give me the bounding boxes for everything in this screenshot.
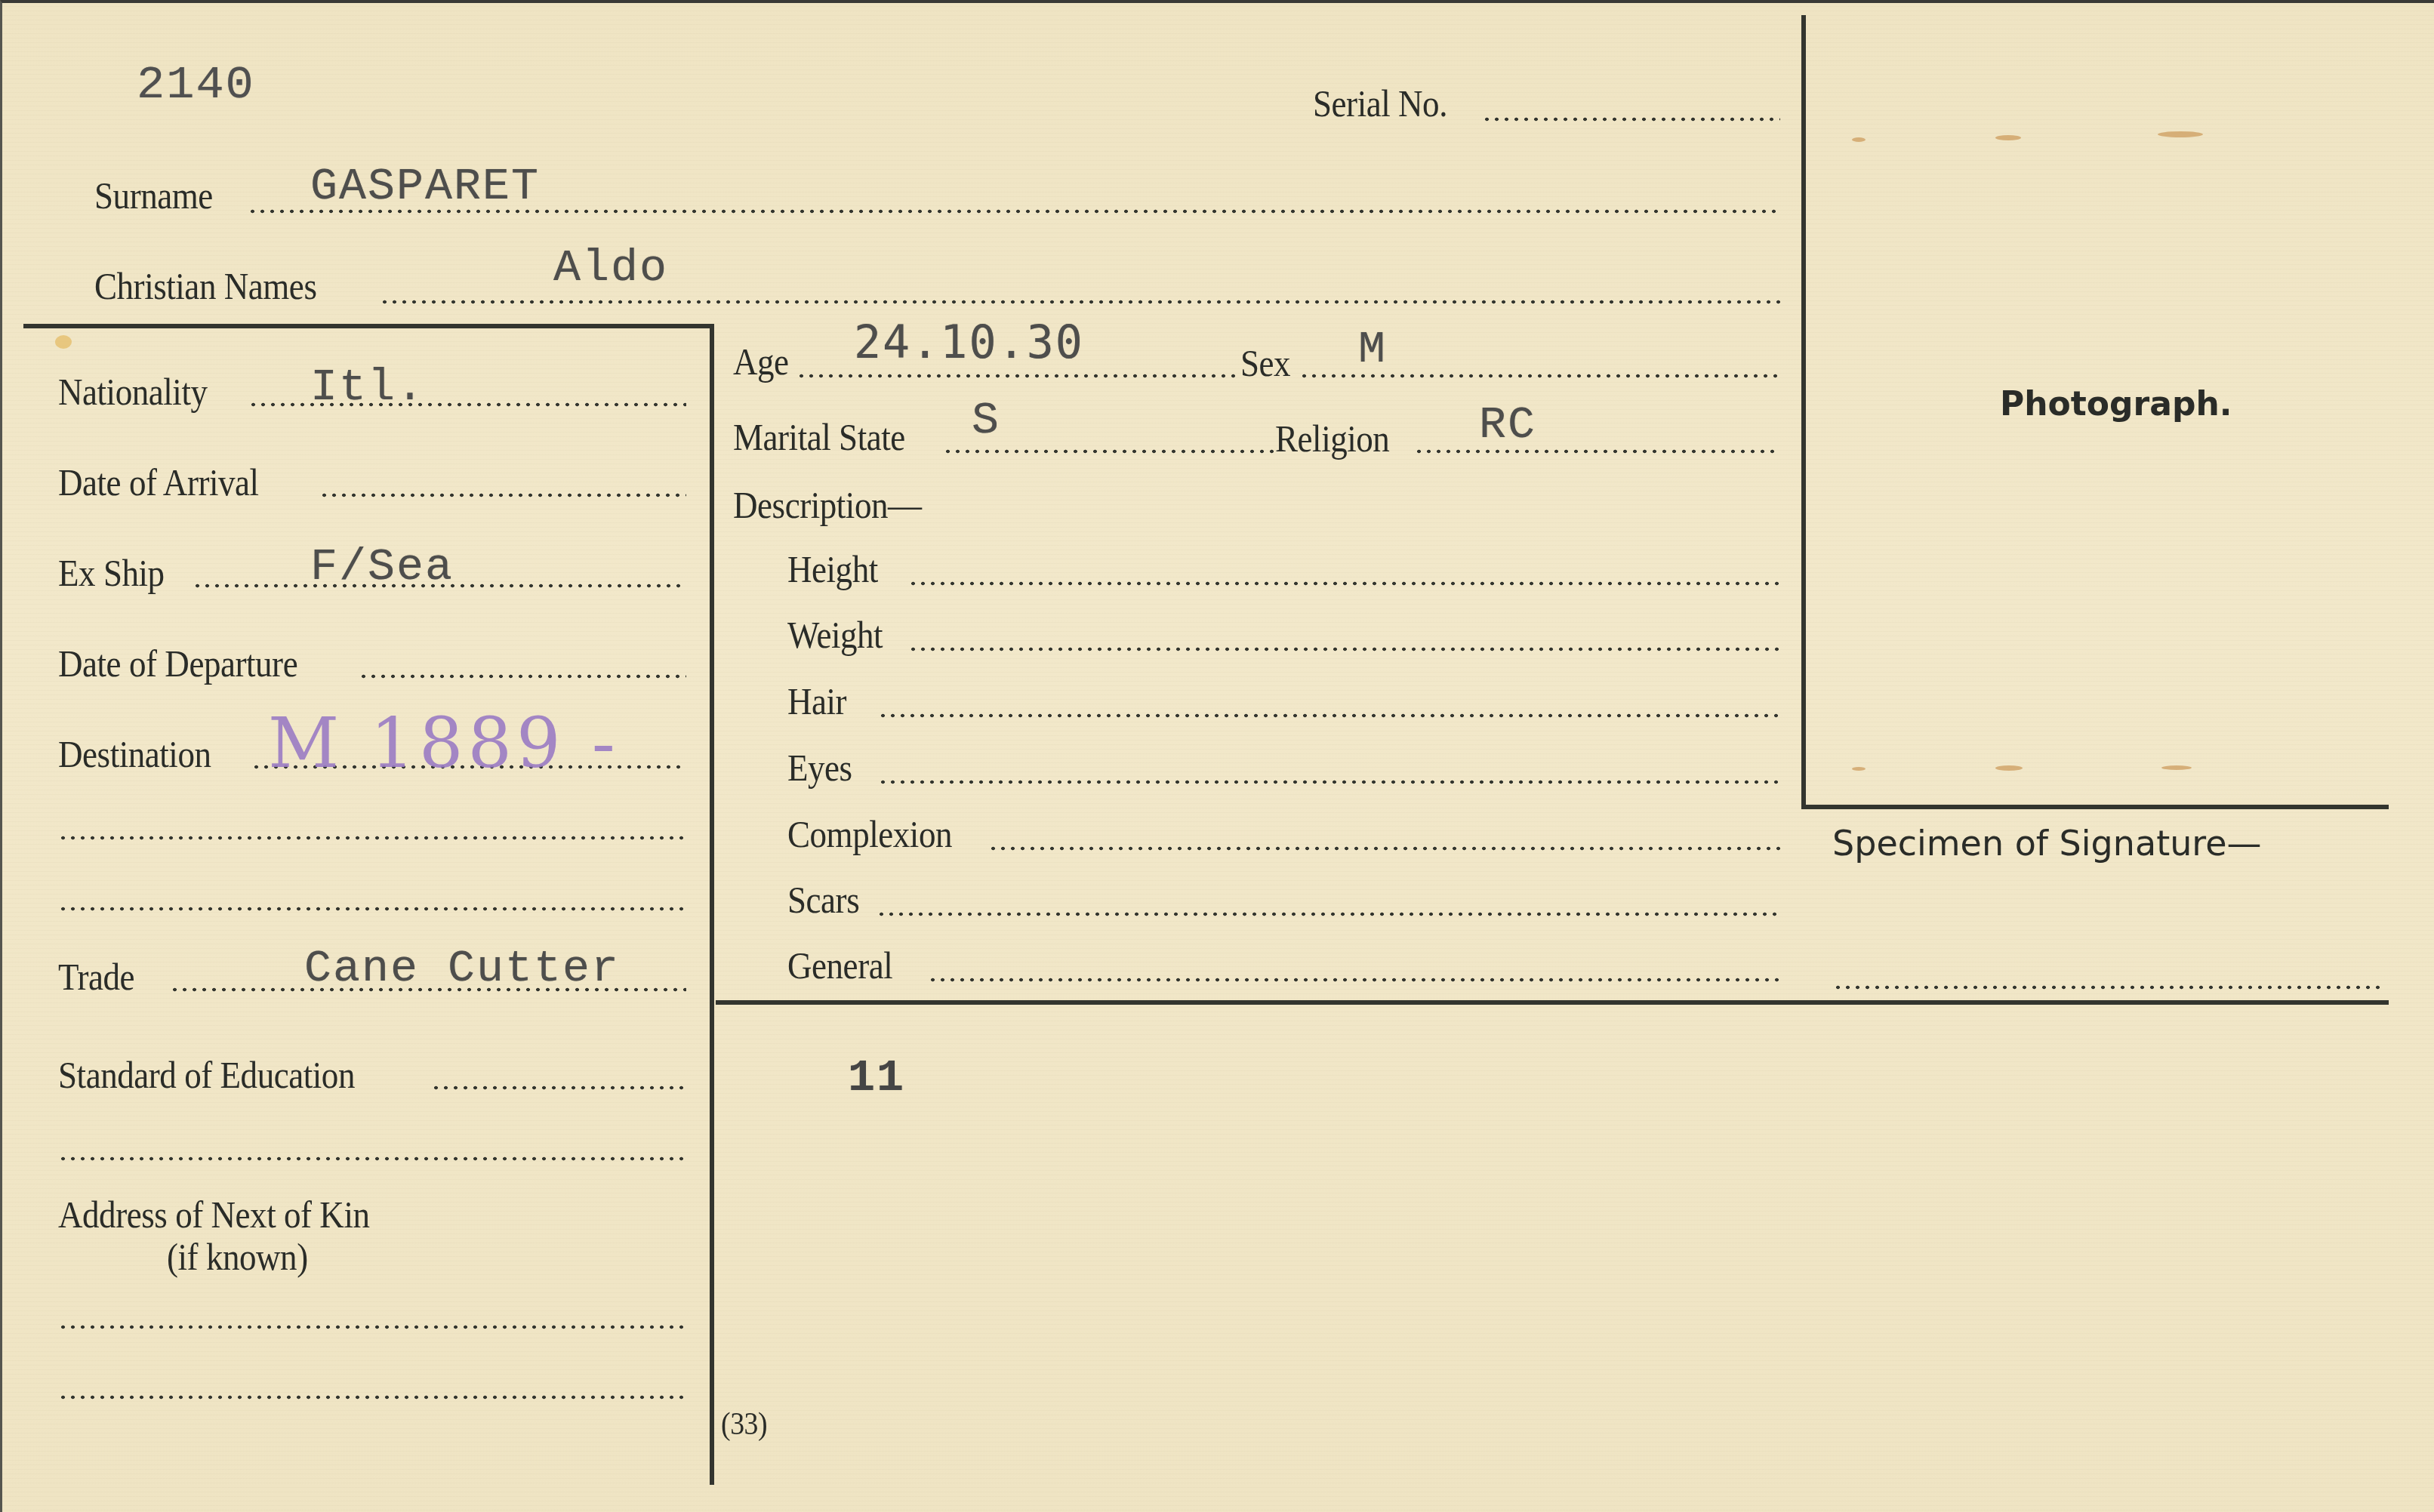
photo-corner-mark <box>1995 765 2023 771</box>
age-field[interactable] <box>796 373 1239 379</box>
christian-names-label: Christian Names <box>94 267 316 305</box>
religion-value: RC <box>1479 403 1536 448</box>
height-field[interactable] <box>908 580 1780 587</box>
hair-field[interactable] <box>878 713 1780 719</box>
photo-box-left-rule <box>1801 15 1806 808</box>
weight-label: Weight <box>787 616 883 654</box>
date-of-departure-label: Date of Departure <box>58 645 297 682</box>
standard-of-education-label: Standard of Education <box>58 1056 355 1094</box>
ex-ship-value: F/Sea <box>310 545 454 590</box>
nationality-value: Itl. <box>310 365 425 411</box>
christian-names-value: Aldo <box>553 246 668 291</box>
ex-ship-label: Ex Ship <box>58 554 165 592</box>
photo-corner-mark <box>2161 765 2192 770</box>
registration-card: 2140 Serial No. Surname GASPARET Christi… <box>0 0 2434 1512</box>
general-field[interactable] <box>928 977 1780 983</box>
destination-stamp: M 1889 - <box>268 709 620 778</box>
left-panel-right-rule <box>710 324 714 1485</box>
left-panel-top-rule <box>23 324 714 328</box>
destination-extra-line-1[interactable] <box>58 835 686 841</box>
religion-label: Religion <box>1275 420 1389 457</box>
serial-no-label: Serial No. <box>1313 85 1447 122</box>
record-number: 2140 <box>137 62 255 109</box>
age-value: 24.10.30 <box>854 320 1084 365</box>
form-number: (33) <box>721 1409 767 1440</box>
photo-corner-mark <box>1995 135 2021 140</box>
general-label: General <box>787 947 892 984</box>
scars-label: Scars <box>787 881 859 919</box>
education-extra-line[interactable] <box>58 1156 686 1162</box>
height-label: Height <box>787 550 878 588</box>
scars-field[interactable] <box>877 911 1780 917</box>
photo-corner-mark <box>2158 131 2203 137</box>
signature-field[interactable] <box>1833 984 2384 990</box>
standard-of-education-field[interactable] <box>431 1085 686 1091</box>
description-bottom-rule <box>716 1000 2389 1005</box>
trade-label: Trade <box>58 958 134 996</box>
photo-box-bottom-rule <box>1801 805 2389 809</box>
marital-state-label: Marital State <box>733 418 905 456</box>
next-of-kin-label: Address of Next of Kin <box>58 1196 370 1233</box>
photo-corner-mark <box>1852 767 1866 771</box>
marital-state-value: S <box>972 399 1000 444</box>
sex-value: M <box>1358 328 1387 373</box>
date-of-arrival-label: Date of Arrival <box>58 463 259 501</box>
surname-label: Surname <box>94 177 213 214</box>
surname-value: GASPARET <box>310 165 540 210</box>
date-of-arrival-field[interactable] <box>319 492 686 498</box>
next-of-kin-line-1[interactable] <box>58 1324 686 1330</box>
eyes-field[interactable] <box>878 779 1780 785</box>
destination-extra-line-2[interactable] <box>58 906 686 912</box>
nationality-label: Nationality <box>58 373 208 411</box>
age-label: Age <box>733 343 789 380</box>
signature-label: Specimen of Signature— <box>1832 826 2262 861</box>
photograph-label: Photograph. <box>2000 388 2232 421</box>
paper-stain <box>55 335 72 349</box>
photo-corner-mark <box>1852 137 1866 142</box>
sex-label: Sex <box>1240 344 1290 382</box>
next-of-kin-line-2[interactable] <box>58 1394 686 1400</box>
trade-value: Cane Cutter <box>304 947 620 992</box>
description-heading: Description— <box>733 486 922 524</box>
complexion-label: Complexion <box>787 815 952 853</box>
date-of-departure-field[interactable] <box>359 673 686 679</box>
hair-label: Hair <box>787 682 846 720</box>
weight-field[interactable] <box>908 646 1780 652</box>
next-of-kin-sublabel: (if known) <box>167 1238 308 1276</box>
serial-no-field[interactable] <box>1482 116 1780 122</box>
eyes-label: Eyes <box>787 749 852 787</box>
christian-names-field[interactable] <box>380 299 1780 305</box>
destination-label: Destination <box>58 735 211 773</box>
lower-note: 11 <box>848 1056 905 1101</box>
complexion-field[interactable] <box>988 845 1780 851</box>
marital-state-field[interactable] <box>943 448 1275 454</box>
religion-field[interactable] <box>1414 448 1780 454</box>
